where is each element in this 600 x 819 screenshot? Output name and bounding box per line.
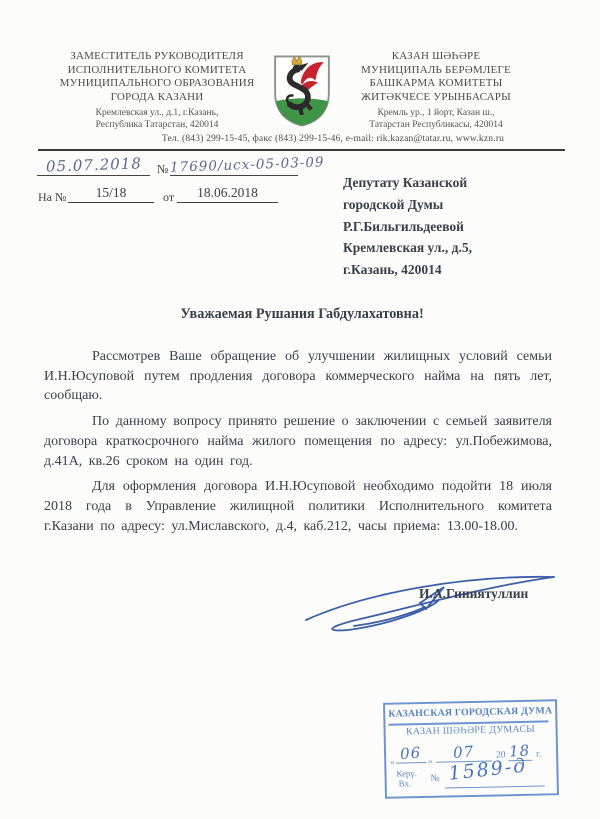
letterhead-title-line: ЖИТӘКЧЕСЕ УРЫНБАСАРЫ [336,91,536,105]
letterhead-address-line: Кремль ур., 1 йорт, Казан ш., [336,108,536,120]
recipient-line: Кремлевская ул., д.5, [343,237,553,259]
header-divider [38,149,565,151]
recipient-line: г.Казань, 420014 [343,259,553,281]
letterhead-russian-block: ЗАМЕСТИТЕЛЬ РУКОВОДИТЕЛЯ ИСПОЛНИТЕЛЬНОГО… [32,50,282,131]
incoming-registration-stamp: КАЗАНСКАЯ ГОРОДСКАЯ ДУМА КАЗАН ШӘҺӘРЕ ДУ… [383,699,559,799]
letterhead-title-line: ИСПОЛНИТЕЛЬНОГО КОМИТЕТА [32,64,282,78]
outgoing-date-field: 05.07.2018 [37,156,150,176]
stamp-incoming-label-russian: Вх. [399,778,412,788]
recipient-line: Р.Г.Бильгильдеевой [343,216,553,238]
stamp-number-sign: № [431,774,440,784]
stamp-open-quote: « [390,757,395,767]
body-paragraph: По данному вопросу принято решение о зак… [44,412,552,471]
incoming-date-value: 18.06.2018 [197,185,258,202]
stamp-close-quote: » [428,756,433,766]
outgoing-number-handwritten: 17690/исх-05-03-09 [170,154,325,177]
scanned-letter-page: ЗАМЕСТИТЕЛЬ РУКОВОДИТЕЛЯ ИСПОЛНИТЕЛЬНОГО… [0,0,600,819]
letterhead-title-line: ЗАМЕСТИТЕЛЬ РУКОВОДИТЕЛЯ [32,50,282,64]
recipient-block: Депутату Казанской городской Думы Р.Г.Би… [343,172,553,281]
number-sign: № [157,162,168,177]
letterhead-title-line: БАШКАРМА КОМИТЕТЫ [336,77,536,91]
salutation: Уважаемая Рушания Габдулахатовна! [40,306,564,323]
stamp-title-russian: КАЗАНСКАЯ ГОРОДСКАЯ ДУМА [385,705,555,720]
letterhead-title-line: МУНИЦИПАЛЬ БЕРӘМЛЕГЕ [336,64,536,78]
stamp-day-cell: 06 [396,744,426,764]
letter-body: Рассмотрев Ваше обращение об улучшении ж… [44,347,552,542]
body-paragraph: Для оформления договора И.Н.Юсуповой нео… [44,477,552,536]
letterhead-title-line: КАЗАН ШӘҺӘРЕ [336,50,536,64]
stamp-day-handwritten: 06 [400,744,422,763]
outgoing-number-field: 17690/исх-05-03-09 [170,156,298,176]
stamp-incoming-label-tatar: Керү. [396,768,417,778]
letterhead-title-line: МУНИЦИПАЛЬНОГО ОБРАЗОВАНИЯ [32,77,282,91]
kazan-coat-of-arms-icon [270,48,334,134]
letterhead-title-line: ГОРОДА КАЗАНИ [32,91,282,105]
body-paragraph: Рассмотрев Ваше обращение об улучшении ж… [44,347,552,406]
stamp-year-suffix: г. [536,750,541,760]
stamp-title-tatar: КАЗАН ШӘҺӘРЕ ДУМАСЫ [386,723,556,738]
signatory-name: И.А.Гиниятуллин [419,586,528,602]
incoming-date-field: 18.06.2018 [177,184,278,203]
letterhead-address-line: Республика Татарстан, 420014 [32,120,282,132]
recipient-line: Депутату Казанской [343,172,553,194]
letterhead-tatar-block: КАЗАН ШӘҺӘРЕ МУНИЦИПАЛЬ БЕРӘМЛЕГЕ БАШКАР… [336,50,536,131]
outgoing-date-handwritten: 05.07.2018 [45,154,141,176]
letterhead-address-line: Кремлевская ул., д.1, г.Казань, [32,108,282,120]
stamp-month-handwritten: 07 [453,742,475,761]
incoming-number-value: 15/18 [96,185,127,202]
contact-line: Тел. (843) 299-15-45, факс (843) 299-15-… [100,134,566,144]
from-label: от [163,190,174,205]
incoming-number-field: 15/18 [68,184,154,203]
letterhead-address-line: Татарстан Республикасы, 420014 [336,120,536,132]
recipient-line: городской Думы [343,194,553,216]
reply-to-label: На № [38,190,66,205]
